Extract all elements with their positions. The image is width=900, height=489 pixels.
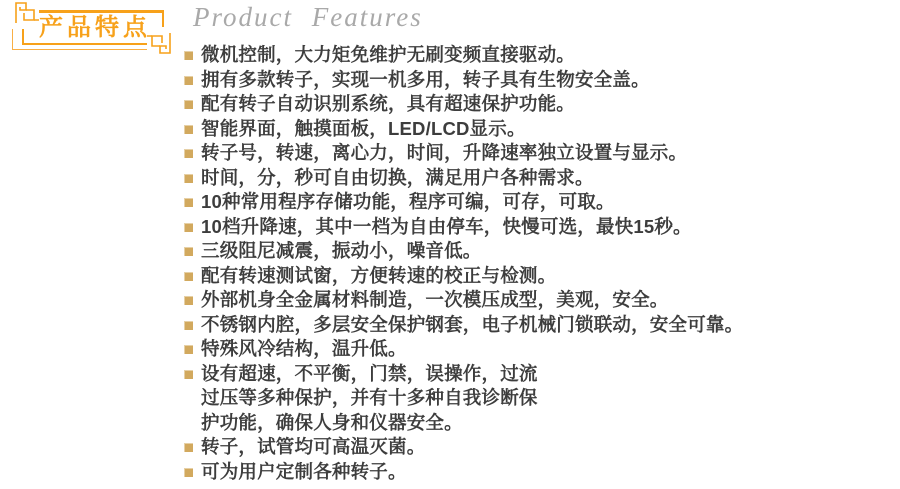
fret-ornament-bottom-right-icon	[147, 27, 177, 57]
feature-text: 配有转子自动识别系统，具有超速保护功能。	[201, 92, 575, 117]
square-bullet-icon	[184, 198, 193, 207]
square-bullet-icon	[184, 100, 193, 109]
square-bullet-icon	[184, 174, 193, 183]
feature-text: 转子号，转速，离心力，时间，升降速率独立设置与显示。	[201, 141, 687, 166]
feature-item: 配有转子自动识别系统，具有超速保护功能。	[184, 92, 824, 117]
feature-item: 10种常用程序存储功能，程序可编，可存，可取。	[184, 190, 824, 215]
product-features-page: 产品特点 Product Features 微机控制，大力矩免维护无刷变频直接驱…	[0, 0, 900, 489]
feature-text: 特殊风冷结构，温升低。	[201, 337, 407, 362]
feature-item: 10档升降速，其中一档为自由停车，快慢可选，最快15秒。	[184, 215, 824, 240]
feature-item: 特殊风冷结构，温升低。	[184, 337, 824, 362]
feature-item: 转子，试管均可高温灭菌。	[184, 435, 824, 460]
square-bullet-icon	[184, 272, 193, 281]
feature-text: 微机控制，大力矩免维护无刷变频直接驱动。	[201, 43, 575, 68]
square-bullet-icon	[184, 296, 193, 305]
feature-item: 转子号，转速，离心力，时间，升降速率独立设置与显示。	[184, 141, 824, 166]
feature-item: 外部机身全金属材料制造，一次模压成型，美观，安全。	[184, 288, 824, 313]
feature-text: 可为用户定制各种转子。	[201, 460, 407, 485]
page-title: 产品特点	[35, 16, 151, 40]
square-bullet-icon	[184, 76, 193, 85]
feature-text: 不锈钢内腔，多层安全保护钢套，电子机械门锁联动，安全可靠。	[201, 313, 743, 338]
square-bullet-icon	[184, 345, 193, 354]
square-bullet-icon	[184, 51, 193, 60]
page-subtitle: Product Features	[193, 2, 423, 33]
feature-text: 转子，试管均可高温灭菌。	[201, 435, 425, 460]
square-bullet-icon	[184, 149, 193, 158]
square-bullet-icon	[184, 321, 193, 330]
feature-item: 设有超速，不平衡，门禁，误操作，过流 过压等多种保护，并有十多种自我诊断保 护功…	[184, 362, 824, 436]
feature-text: 10种常用程序存储功能，程序可编，可存，可取。	[201, 190, 615, 215]
feature-text: 设有超速，不平衡，门禁，误操作，过流 过压等多种保护，并有十多种自我诊断保 护功…	[201, 362, 538, 436]
feature-text: 智能界面，触摸面板，LED/LCD显示。	[201, 117, 526, 142]
feature-item: 三级阻尼减震，振动小，噪音低。	[184, 239, 824, 264]
feature-list: 微机控制，大力矩免维护无刷变频直接驱动。 拥有多款转子，实现一机多用，转子具有生…	[184, 43, 824, 484]
square-bullet-icon	[184, 370, 193, 379]
feature-item: 可为用户定制各种转子。	[184, 460, 824, 485]
feature-text: 10档升降速，其中一档为自由停车，快慢可选，最快15秒。	[201, 215, 692, 240]
feature-item: 不锈钢内腔，多层安全保护钢套，电子机械门锁联动，安全可靠。	[184, 313, 824, 338]
square-bullet-icon	[184, 443, 193, 452]
feature-text: 三级阻尼减震，振动小，噪音低。	[201, 239, 482, 264]
feature-text: 时间，分，秒可自由切换，满足用户各种需求。	[201, 166, 594, 191]
feature-item: 智能界面，触摸面板，LED/LCD显示。	[184, 117, 824, 142]
square-bullet-icon	[184, 468, 193, 477]
feature-text: 外部机身全金属材料制造，一次模压成型，美观，安全。	[201, 288, 669, 313]
square-bullet-icon	[184, 247, 193, 256]
title-frame: 产品特点	[22, 10, 164, 45]
feature-text: 拥有多款转子，实现一机多用，转子具有生物安全盖。	[201, 68, 650, 93]
feature-text: 配有转速测试窗，方便转速的校正与检测。	[201, 264, 556, 289]
feature-item: 微机控制，大力矩免维护无刷变频直接驱动。	[184, 43, 824, 68]
square-bullet-icon	[184, 223, 193, 232]
feature-item: 拥有多款转子，实现一机多用，转子具有生物安全盖。	[184, 68, 824, 93]
feature-item: 时间，分，秒可自由切换，满足用户各种需求。	[184, 166, 824, 191]
square-bullet-icon	[184, 125, 193, 134]
fret-ornament-top-left-icon	[9, 0, 39, 29]
feature-item: 配有转速测试窗，方便转速的校正与检测。	[184, 264, 824, 289]
